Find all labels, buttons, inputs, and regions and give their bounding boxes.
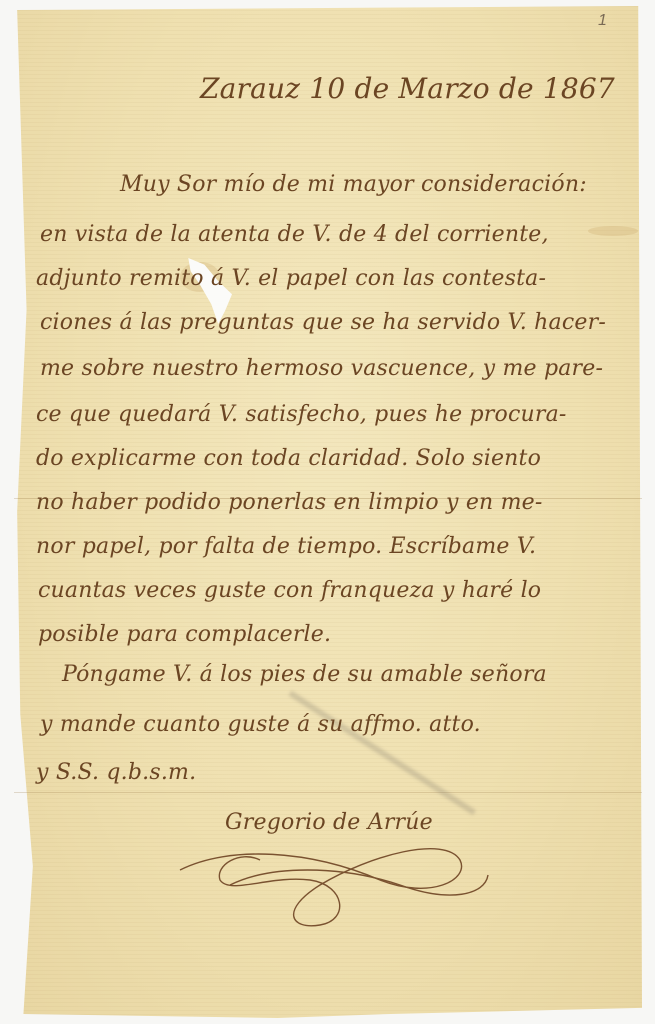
body-line: en vista de la atenta de V. de 4 del cor… — [40, 222, 549, 247]
ink-stain — [588, 226, 638, 236]
signature-flourish-icon — [170, 825, 490, 935]
body-line: posible para complacerle. — [38, 622, 331, 647]
body-line: me sobre nuestro hermoso vascuence, y me… — [40, 356, 603, 381]
body-line: adjunto remito á V. el papel con las con… — [36, 266, 546, 291]
folio-number: 1 — [598, 12, 607, 30]
body-line: no haber podido ponerlas en limpio y en … — [36, 490, 543, 515]
closing-line: y S.S. q.b.s.m. — [36, 760, 196, 785]
place-date-heading: Zarauz 10 de Marzo de 1867 — [200, 72, 615, 105]
body-line: cuantas veces guste con franqueza y haré… — [38, 578, 541, 603]
body-line: ciones á las preguntas que se ha servido… — [40, 310, 606, 335]
closing-line: Póngame V. á los pies de su amable señor… — [62, 662, 547, 687]
closing-line: y mande cuanto guste á su affmo. atto. — [40, 712, 481, 737]
body-line: nor papel, por falta de tiempo. Escríbam… — [36, 534, 536, 559]
salutation: Muy Sor mío de mi mayor consideración: — [120, 172, 587, 197]
paper-fold-line — [14, 792, 642, 793]
body-line: ce que quedará V. satisfecho, pues he pr… — [36, 402, 567, 427]
body-line: do explicarme con toda claridad. Solo si… — [36, 446, 541, 471]
